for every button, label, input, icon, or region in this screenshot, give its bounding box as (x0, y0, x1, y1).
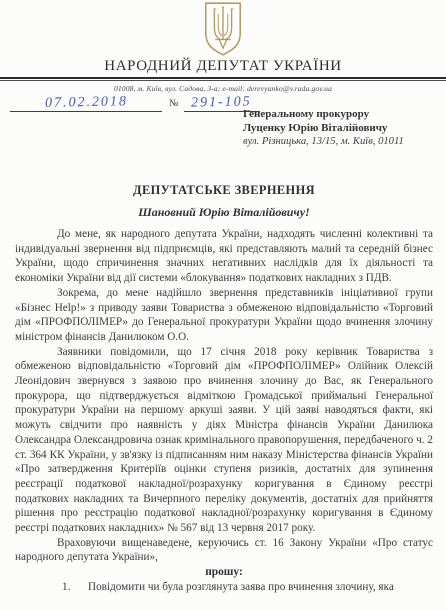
recipient-position: Генеральному прокурору (243, 108, 404, 122)
paragraph-2: Зокрема, до мене надійшло звернення пред… (15, 286, 433, 345)
recipient-address: вул. Різницька, 13/15, м. Київ, 01011 (243, 135, 404, 149)
header-divider (0, 77, 446, 81)
header-address: 01008, м. Київ, вул. Садова, 3-а; e-mail… (0, 84, 446, 93)
body-text: До мене, як народного депутата України, … (15, 227, 433, 595)
document-title: ДЕПУТАТСЬКЕ ЗВЕРНЕННЯ (15, 183, 433, 198)
date-line: 07.02.2018 (10, 93, 162, 112)
recipient-block: Генеральному прокурору Луценку Юрію Віта… (243, 108, 404, 149)
paragraph-4: Враховуючи вищенаведене, керуючись ст. 1… (15, 536, 433, 565)
date-handwritten: 07.02.2018 (44, 93, 127, 113)
document-page: НАРОДНИЙ ДЕПУТАТ УКРАЇНИ 01008, м. Київ,… (0, 0, 446, 610)
reference-row: 07.02.2018№291-105 (10, 93, 260, 112)
recipient-name: Луценку Юрію Віталійовичу (243, 122, 404, 136)
request-heading: прошу: (15, 565, 433, 580)
paragraph-3: Заявники повідомили, що 17 січня 2018 ро… (15, 345, 433, 536)
paragraph-1: До мене, як народного депутата України, … (15, 227, 433, 286)
request-item-text: Повідомити чи була розглянута заява про … (88, 580, 433, 595)
letter-content: ДЕПУТАТСЬКЕ ЗВЕРНЕННЯ Шановний Юрію Віта… (15, 183, 433, 595)
ukraine-trident-emblem (201, 1, 245, 57)
salutation: Шановний Юрію Віталійовичу! (15, 205, 433, 220)
request-item-number: 1. (62, 580, 88, 595)
number-sign: № (169, 96, 179, 112)
org-name: НАРОДНИЙ ДЕПУТАТ УКРАЇНИ (0, 58, 446, 75)
request-item-1: 1. Повідомити чи була розглянута заява п… (15, 580, 433, 595)
